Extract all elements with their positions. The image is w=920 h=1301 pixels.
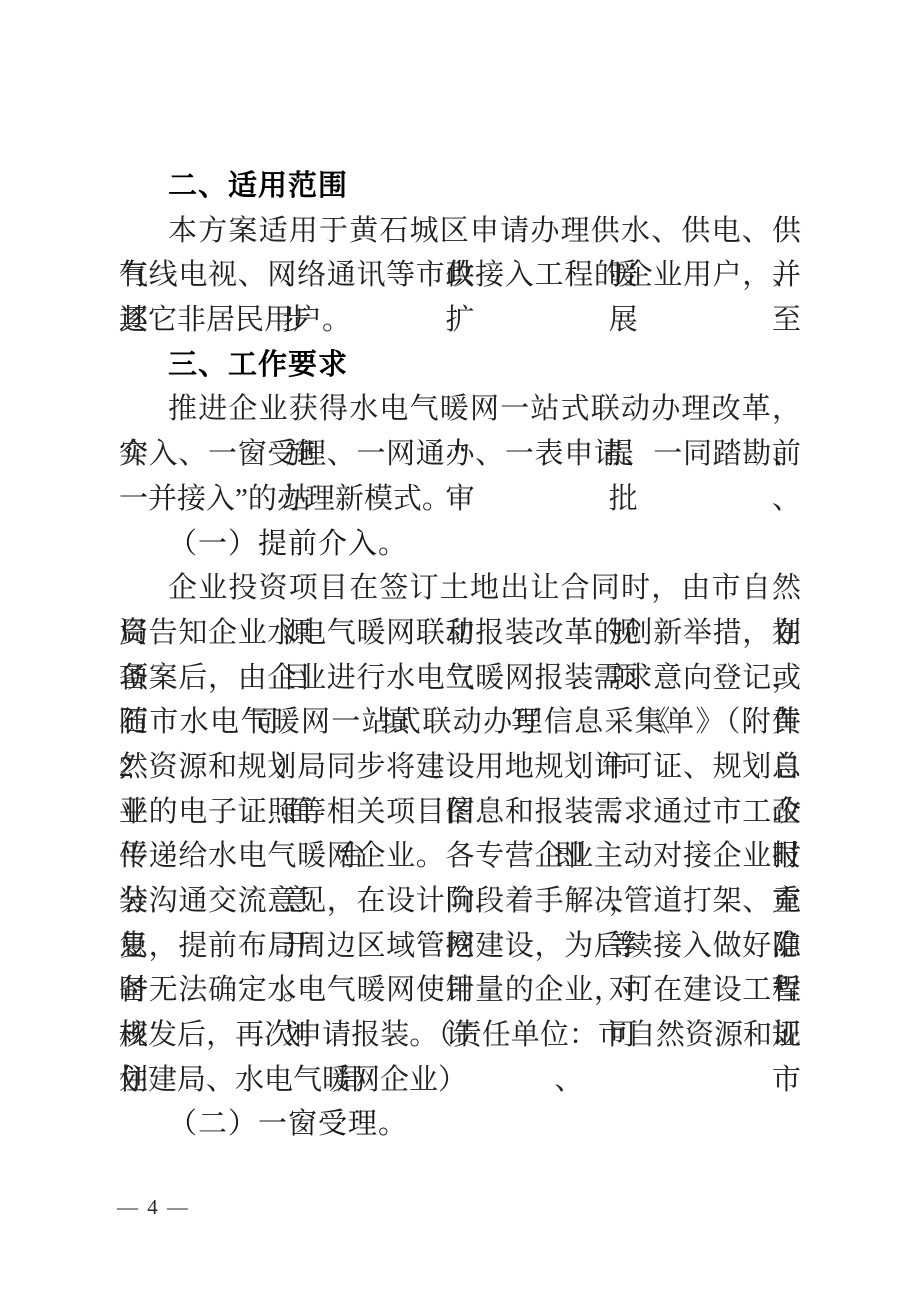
text-line: 石市水电气暖网一站式联动办理信息采集单》（附件 2）。市自 xyxy=(119,700,801,745)
section-heading: 三、工作要求 xyxy=(119,343,801,388)
text-line: 传递给水电气暖网企业。各专营企业主动对接企业报装意向，充 xyxy=(119,834,801,879)
text-line: 推进企业获得水电气暖网一站式联动办理改革，实施“提前 xyxy=(119,387,801,432)
text-line: 业的电子证照等相关项目信息和报装需求通过市工改平台即时 xyxy=(119,790,801,835)
text-line: 本方案适用于黄石城区申请办理供水、供电、供气、供暖、 xyxy=(119,209,801,254)
text-line: 企业投资项目在签订土地出让合同时，由市自然资源和规划 xyxy=(119,566,801,611)
text-line: 核发后，再次申请报装。（责任单位：市自然资源和规划局、市 xyxy=(119,1013,801,1058)
text-line: 分沟通交流意见，在设计阶段着手解决管道打架、重复开挖等隐 xyxy=(119,879,801,924)
text-line: 然资源和规划局同步将建设用地规划许可证、规划总平面图、企 xyxy=(119,745,801,790)
document-body: 二、适用范围本方案适用于黄石城区申请办理供水、供电、供气、供暖、有线电视、网络通… xyxy=(119,164,801,1147)
text-line: 时无法确定水电气暖网使用量的企业，可在建设工程规划许可证 xyxy=(119,968,801,1013)
page-number: — 4 — xyxy=(117,1195,190,1220)
subsection-heading: （二）一窗受理。 xyxy=(119,1102,801,1147)
subsection-heading: （一）提前介入。 xyxy=(119,522,801,567)
text-line: 有线电视、网络通讯等市政接入工程的企业用户，并逐步扩展至 xyxy=(119,253,801,298)
document-page: 二、适用范围本方案适用于黄石城区申请办理供水、供电、供气、供暖、有线电视、网络通… xyxy=(0,0,920,1301)
text-line: 患，提前布局周边区域管网建设，为后续接入做好准备。针对暂 xyxy=(119,924,801,969)
text-line: 局告知企业水电气暖网联动报装改革的创新举措，在项目立项或 xyxy=(119,611,801,656)
text-line: 备案后，由企业进行水电气暖网报装需求意向登记，随同填写《黄 xyxy=(119,656,801,701)
text-line: 介入、一窗受理、一网通办、一表申请、一同踏勘、一站审批、 xyxy=(119,432,801,477)
section-heading: 二、适用范围 xyxy=(119,164,801,209)
